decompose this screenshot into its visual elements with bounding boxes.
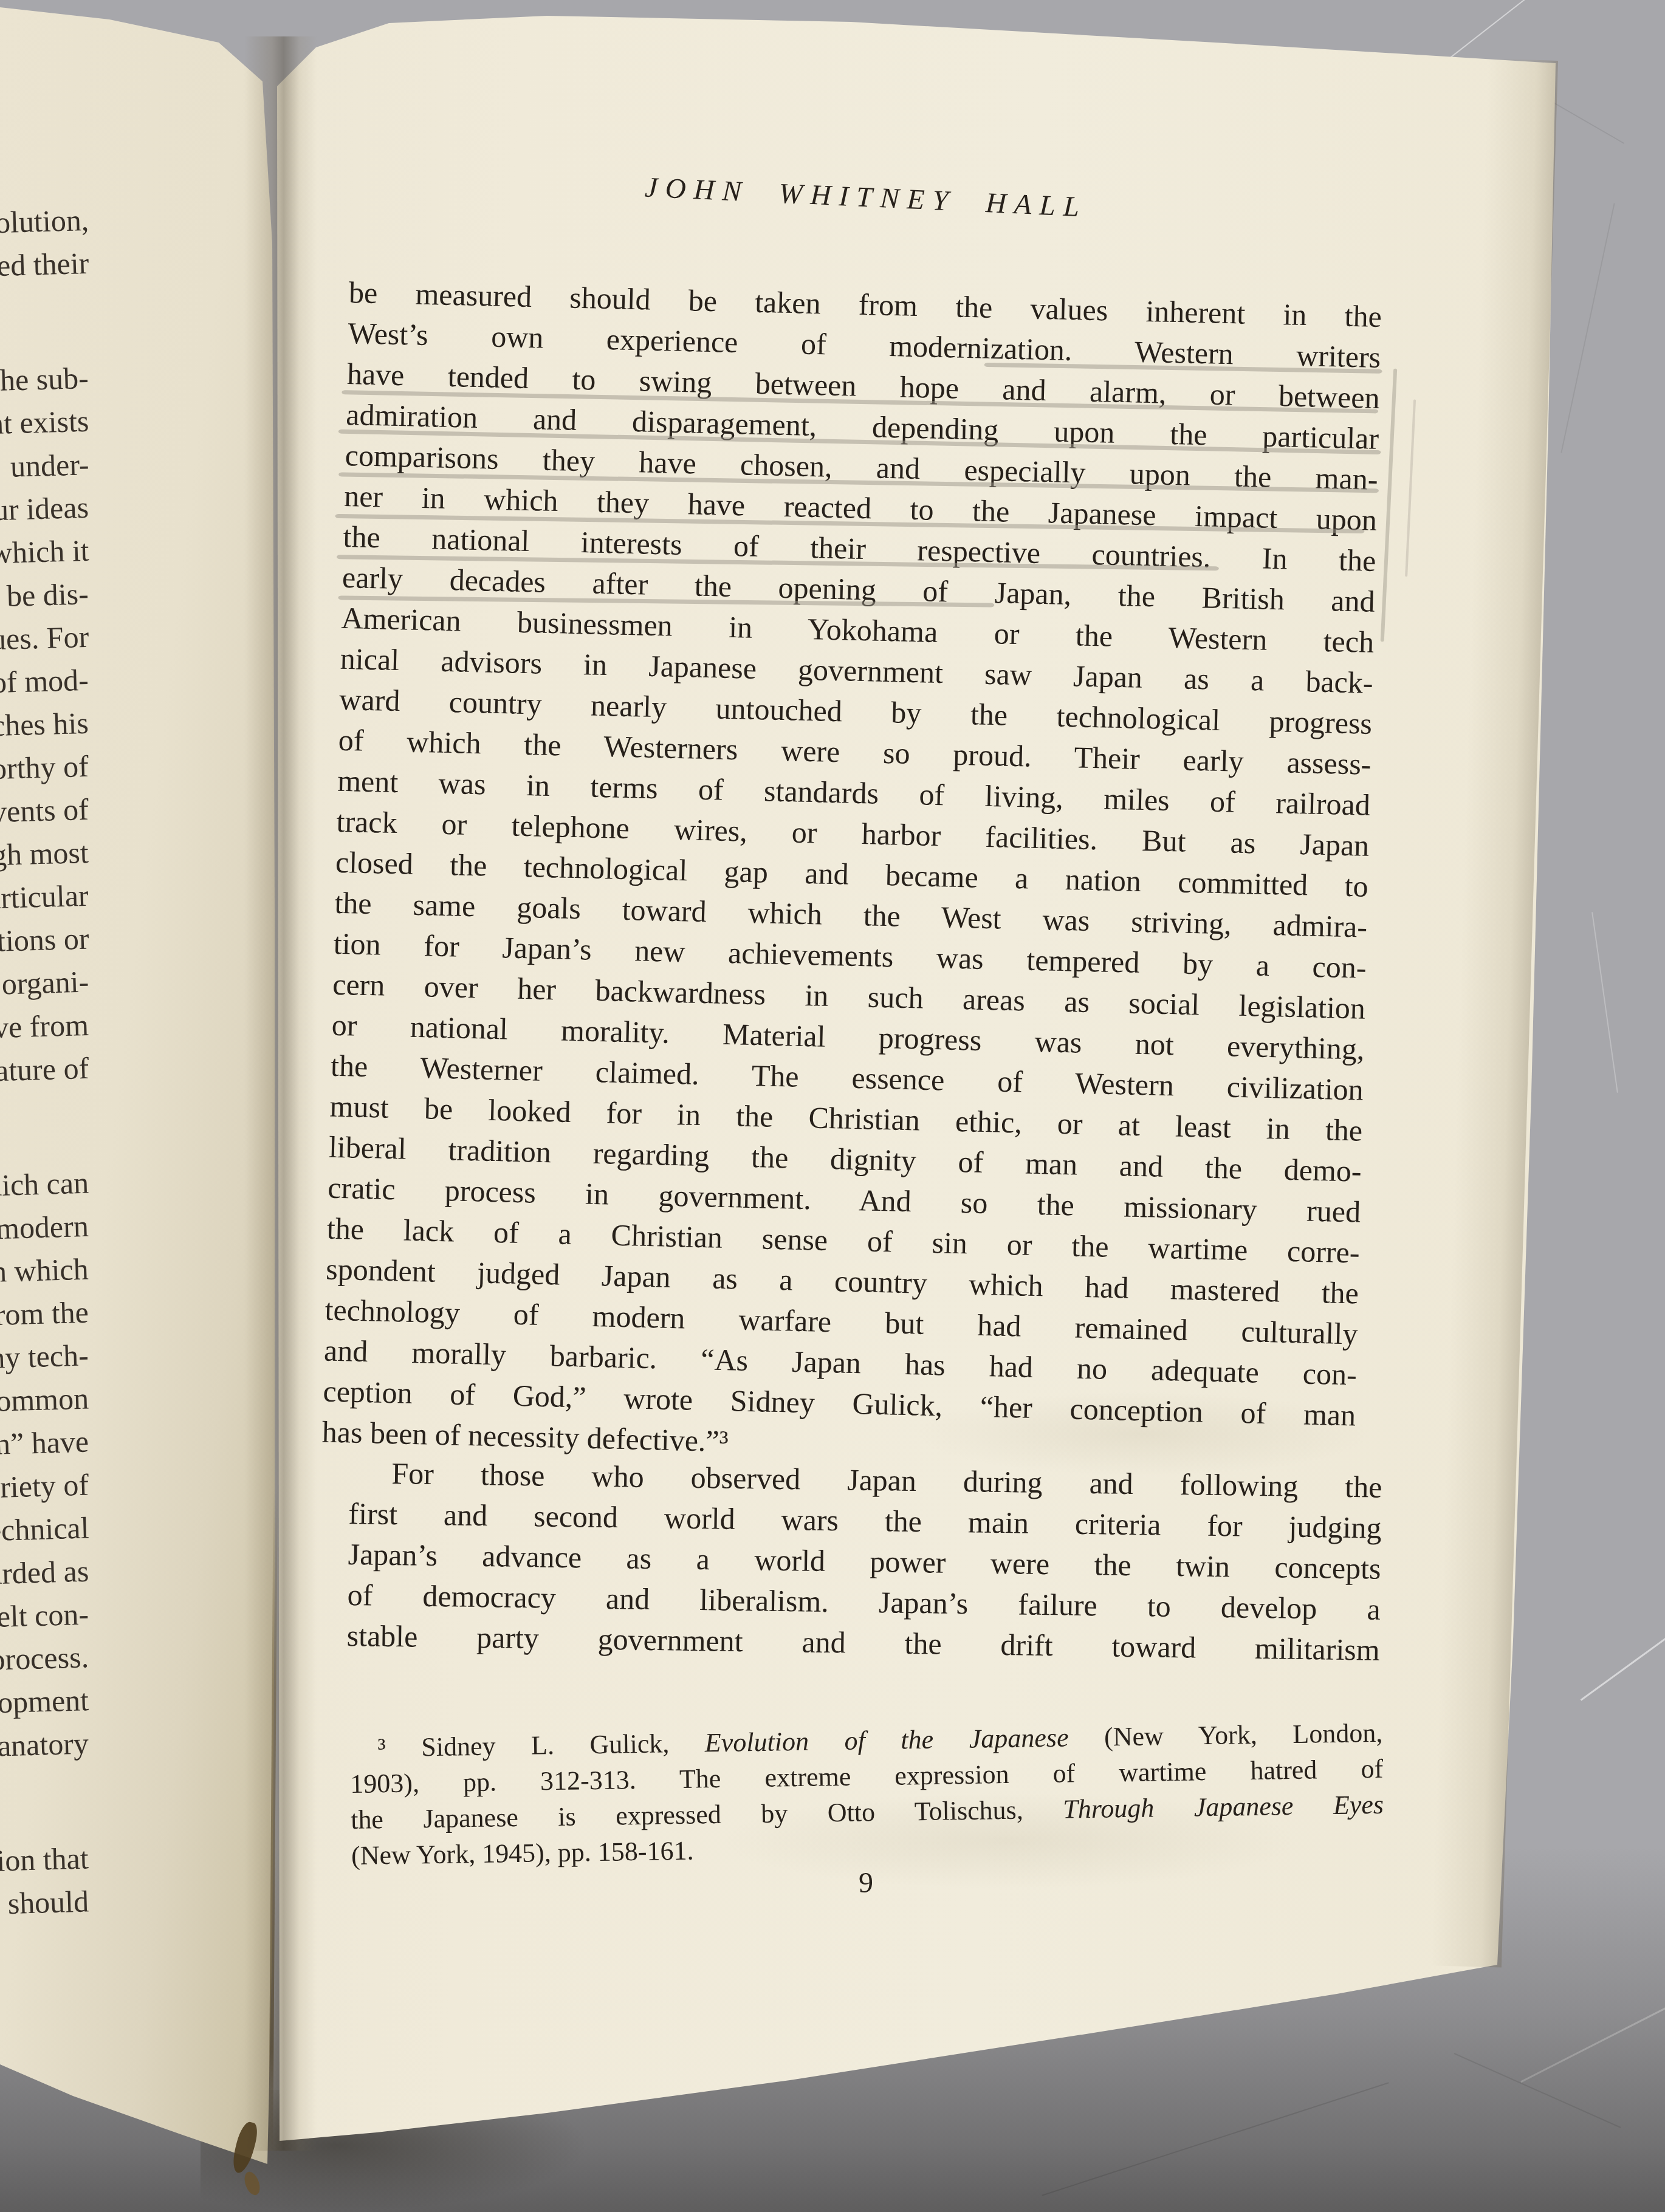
left-page-fragment: the sub-	[0, 360, 89, 399]
page-number: 9	[349, 1866, 1382, 1900]
left-page-fragment: which it	[0, 532, 89, 572]
left-page-fragment: of mod-	[0, 662, 89, 700]
cited-title: Evolution of the Japanese	[705, 1722, 1069, 1758]
left-page-fragment: gh most	[0, 834, 89, 873]
body-paragraph-1: be measured should be taken from the val…	[321, 272, 1382, 1477]
photo-of-open-book: { "page": { "header": "JOHN WHITNEY HALL…	[0, 0, 1665, 2212]
footnote-text: (New York, London,	[1068, 1718, 1383, 1753]
left-page-fragment: from the	[0, 1294, 89, 1334]
gutter-shading	[244, 36, 317, 2151]
body-paragraph-2: For those who observed Japan during and …	[346, 1453, 1382, 1671]
left-page-fragment: arded as	[0, 1553, 89, 1592]
left-page-fragment: in which	[0, 1251, 89, 1290]
left-page-fragment: any tech-	[0, 1337, 89, 1376]
footnote-text: the Japanese is expressed by Otto Tolisc…	[351, 1795, 1063, 1835]
left-page-fragment: under-	[10, 446, 89, 485]
left-page-fragment: ve from	[0, 1007, 89, 1046]
left-page-fragment: ariety of	[0, 1467, 89, 1506]
left-page-fragment: olution,	[0, 202, 89, 241]
left-page-fragment: common	[0, 1380, 89, 1420]
left-page-fragment: modern	[0, 1208, 89, 1247]
left-page-fragment: velopment	[0, 1682, 89, 1722]
left-page-fragment: ues. For	[0, 618, 89, 657]
left-page-fragment: ature of	[0, 1050, 89, 1089]
cited-title: Through Japanese Eyes	[1063, 1790, 1384, 1824]
scratch-mark	[1581, 1581, 1665, 1700]
left-page-fragment: vents of	[0, 791, 89, 830]
left-page-fragment: ed their	[0, 245, 89, 284]
left-page-fragment: ur ideas	[0, 489, 89, 528]
footnote-text: ³ Sidney L. Gulick,	[377, 1728, 705, 1762]
left-page-fragment: otions or	[0, 920, 89, 960]
left-page-fragment: technical	[0, 1509, 89, 1549]
left-page-fragment: g process.	[0, 1638, 89, 1679]
left-page-fragment: on” have	[0, 1423, 89, 1463]
left-page-fragment: planatory	[0, 1725, 89, 1764]
footnote: ³ Sidney L. Gulick, Evolution of the Jap…	[349, 1715, 1384, 1874]
left-page-fragment: e organi-	[0, 964, 89, 1003]
left-page-fragment: orthy of	[0, 748, 89, 787]
left-page-fragment: felt con-	[0, 1596, 89, 1635]
left-page-text-fragments: olution,ed theirthe sub-nt existsunder-u…	[0, 0, 94, 2005]
left-page-fragment: articular	[0, 877, 89, 917]
left-page-fragment: ches his	[0, 705, 89, 744]
scratch-mark	[1560, 203, 1615, 453]
left-page-fragment: an should	[0, 1883, 89, 1922]
left-page-fragment: nt exists	[0, 403, 89, 442]
footnote-text: (New York, 1945), pp. 158-161.	[351, 1836, 694, 1871]
left-page-fragment: stion that	[0, 1840, 89, 1879]
left-page-fragment: be dis-	[6, 575, 89, 614]
scratch-mark	[1591, 912, 1618, 1092]
left-page-fragment: hich can	[0, 1165, 89, 1204]
